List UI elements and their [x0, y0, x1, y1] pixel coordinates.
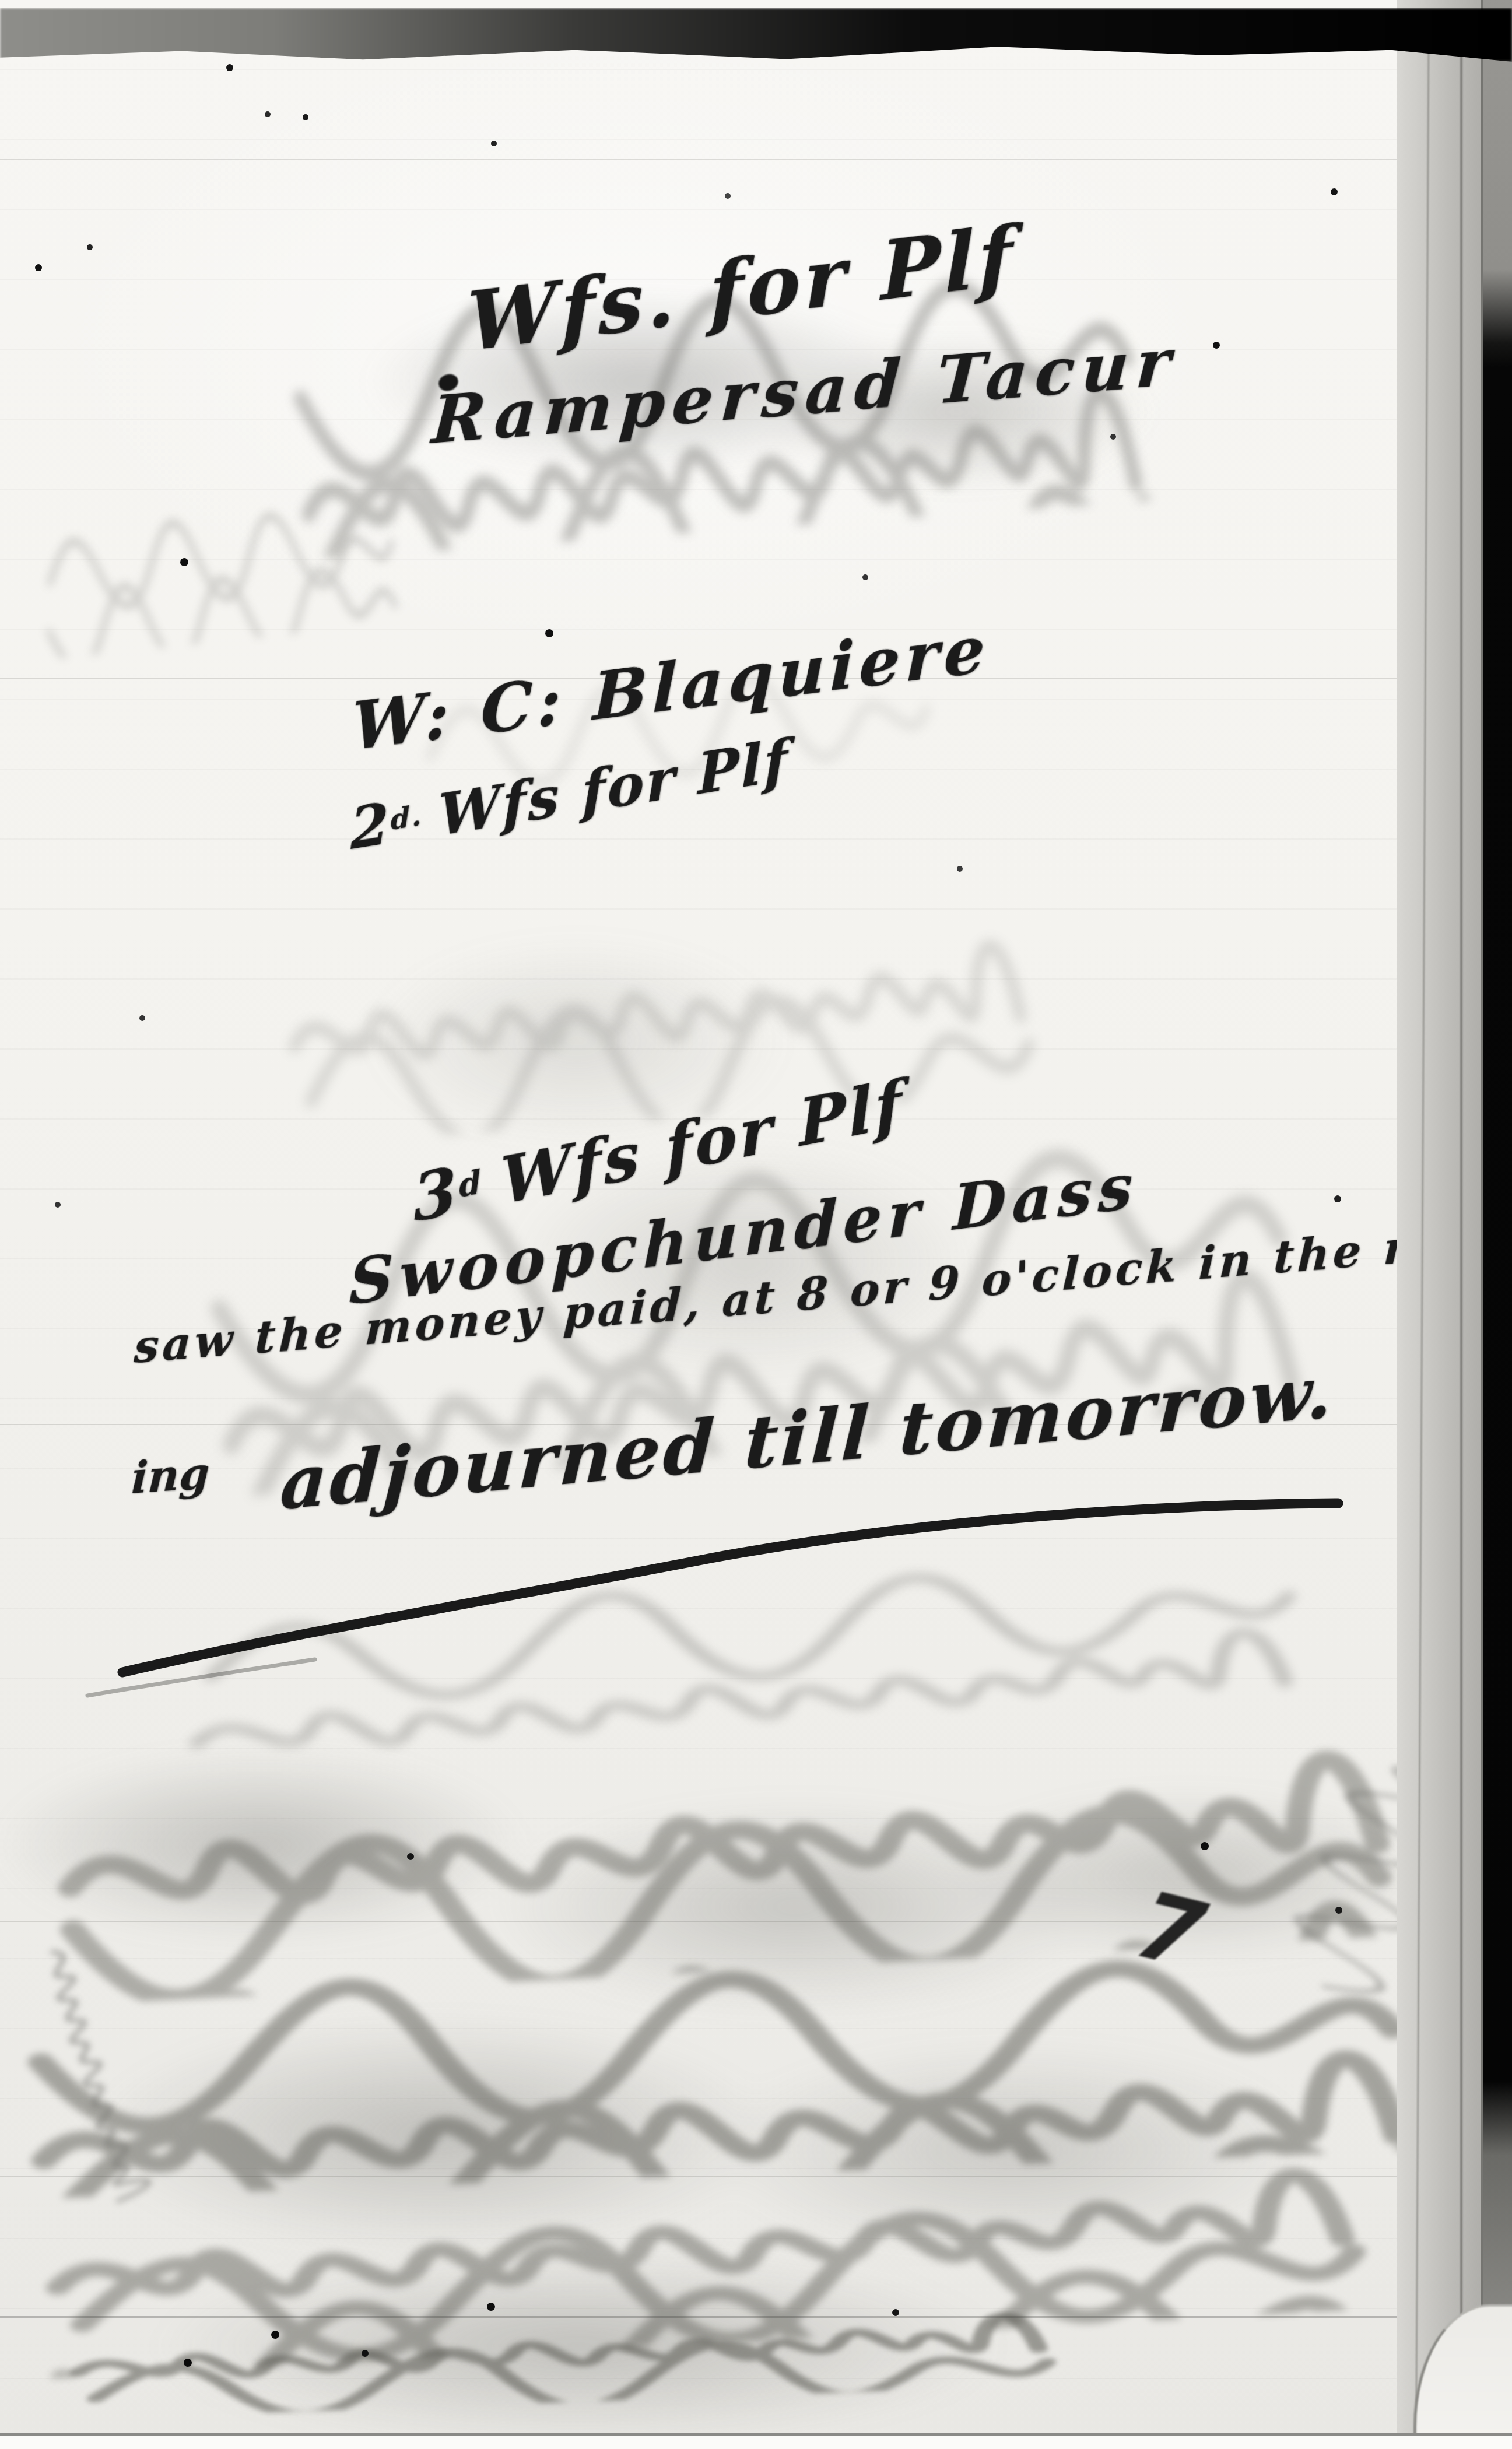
scan-line	[0, 159, 1481, 160]
ink-specks	[0, 0, 5, 5]
bleed-through-ghost-text	[51, 2286, 1057, 2420]
bleed-through-ghost-text	[2, 1923, 1420, 2199]
witness2-ordinal-suffix: d.	[390, 799, 423, 837]
bleed-through-numeral-mark: 7	[1115, 1874, 1225, 1988]
book-gutter-dark-region	[1483, 0, 1512, 2449]
scan-line	[0, 1921, 1481, 1922]
scan-line	[0, 2176, 1481, 2177]
bleed-through-ghost-text	[29, 489, 403, 660]
scan-line	[0, 2316, 1481, 2318]
bleed-through-ghost-text	[159, 1535, 1304, 1765]
bleed-through-wash	[0, 1679, 1446, 2437]
adjournment-note: adjourned till tomorrow.	[278, 1349, 1337, 1527]
testimony-line-2: ing	[130, 1448, 211, 1504]
witness2-ordinal: 2	[350, 790, 391, 862]
page-edge-crease	[1460, 23, 1462, 2414]
witness2-name: W: C: Blaquiere	[352, 610, 991, 766]
page-top-edge-shadow	[0, 8, 1512, 62]
witness3-ordinal-suffix: d	[458, 1162, 484, 1205]
witness3-ordinal: 3	[411, 1152, 461, 1236]
bleed-through-ghost-text	[19, 2117, 1369, 2379]
page-edge-strip	[1397, 0, 1483, 2449]
page-bottom-edge	[0, 2433, 1512, 2449]
manuscript-page: Wfs. for Plf Rampersad Tacur W: C: Blaqu…	[0, 0, 1512, 2449]
bleed-through-ghost-text	[6, 1930, 180, 2216]
bleed-through-ghost-text	[29, 1685, 1405, 2006]
bleed-through-ghost-text	[268, 883, 1039, 1146]
